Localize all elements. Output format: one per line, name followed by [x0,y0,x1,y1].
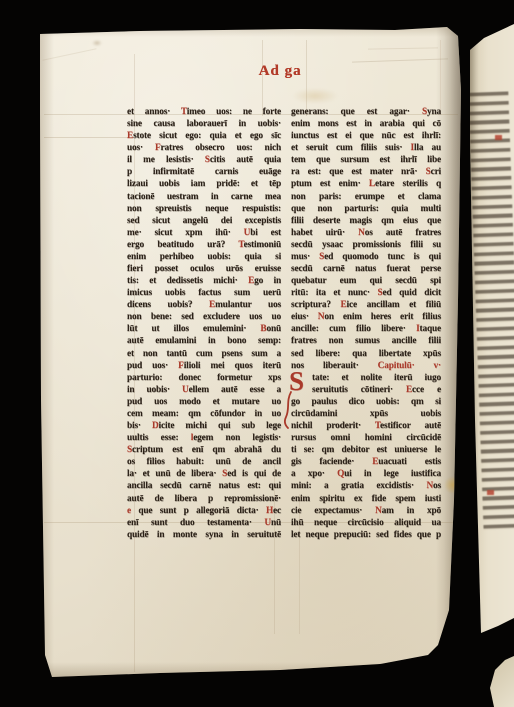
rubricated-text: E [372,457,378,467]
text-line: in uobis· Uellem autē esse a [127,384,281,396]
rubricated-text: S [222,469,227,479]
text-line: ritū: ita et nunc· Sed quid dicit [291,287,441,299]
adjacent-rubric-mark [495,135,502,140]
text-line: enim mons est in arabia qui cō [291,118,441,130]
page-edge-curl [486,652,514,707]
text-line: cem meam: qm cōfundor in uo [127,408,281,420]
rubricated-text: S [127,445,132,455]
text-line: tacionē uestram in carne mea [127,191,281,203]
rubricated-text: e [127,506,131,516]
rubricated-text: N [375,506,382,516]
adjacent-rubric-mark [487,490,494,495]
text-line: scriptura? Eice ancillam et filiū [291,299,441,311]
text-line: ancilla secdū carnē natus est: qui [127,480,281,492]
text-line: il me lesistis· Scitis autē quia [127,154,281,166]
stain [92,40,102,46]
rubricated-text: S [377,288,382,298]
rubricated-text: S [319,252,324,262]
text-line: seruitutis cōtineri· Ecce e [291,384,441,396]
manuscript-page: Ad ga et annos· Timeo uos: ne fortesine … [38,24,466,680]
text-line: imicus uobis factus sum uerū [127,287,281,299]
rubricated-text: U [244,228,251,238]
text-line: ancille: cum filio libere· Itaque [291,323,441,335]
text-line: secdū ysaac promissionis filii su [291,239,441,251]
text-line: fieri posset oculos urōs eruisse [127,263,281,275]
rubricated-text: Q [337,469,344,479]
text-line: quidē in monte syna in seruitutē [127,529,281,541]
text-line: autē emulamini in bono semp: [127,335,281,347]
adjacent-page-text [468,91,514,534]
text-line: pud uos· Filioli mei quos iterū [127,360,281,372]
rubricated-text: E [127,131,133,141]
adjacent-page-edge [464,20,514,640]
rubricated-text: F [155,143,161,153]
text-line: ihū neque circūcisio aliquid ua [291,517,441,529]
text-line: nichil proderit· Testificor autē [291,420,441,432]
text-line: habet uirū· Nos autē fratres [291,227,441,239]
text-line: p infirmitatē carnis euāge [127,166,281,178]
text-line: enim perhibeo uobis: quia si [127,251,281,263]
text-line: go paulus dico uobis: qm si [291,396,441,408]
text-line: gis faciende· Euacuati estis [291,456,441,468]
text-line: pud uos modo et mutare uo [127,396,281,408]
text-line: uos· Fratres obsecro uos: nich [127,142,281,154]
text-line: circūdamini xpūs uobis [291,408,441,420]
rubricated-text: U [182,385,189,395]
parchment-crease [352,58,448,62]
rubricated-text: H [266,506,273,516]
text-line: lizaui uobis iam pridē: et tēp [127,178,281,190]
ruling-line [44,137,132,138]
rubricated-text: N [426,481,433,491]
text-line: rursus omni homini circūcidē [291,432,441,444]
text-line: os filios habuit: unū de ancil [127,456,281,468]
text-line: iunctus est ei que nūc est ihrlī: [291,130,441,142]
text-line: lūt ut illos emulemini· Bonū [127,323,281,335]
stain [292,88,338,104]
text-line: eius· Non enim heres erit filius [291,311,441,323]
text-line: non spreuistis neque respuistis: [127,203,281,215]
text-line: enī sunt duo testamenta· Unū [127,517,281,529]
text-line: et seruit cum filiis suis· Illa au [291,142,441,154]
parchment-crease [42,48,96,60]
text-line: tate: et nolite iterū iugo [291,372,441,384]
text-line: uultis esse: legem non legistis· [127,432,281,444]
chapter-initial: S [289,369,304,393]
text-line: me· sicut xpm ihū· Ubi est [127,227,281,239]
rubricated-text: S [205,155,210,165]
rubricated-text: E [248,276,254,286]
text-line: e que sunt p allegoriā dicta· Hec [127,505,281,517]
text-line: fratres non sumus ancille filii [291,335,441,347]
rubricated-text: T [181,107,187,117]
text-line: tis: et dedissetis michi· Ego in [127,275,281,287]
text-line: bis· Dicite michi qui sub lege [127,420,281,432]
rubricated-text: N [358,228,365,238]
rubricated-text: L [369,179,375,189]
rubricated-text: E [209,300,215,310]
text-line: autē de libera p repromissionē· [127,493,281,505]
rubricated-text: E [406,385,412,395]
rubricated-text: N [318,312,325,322]
text-column-left: et annos· Timeo uos: ne fortesine causa … [127,106,281,541]
text-line: sed libere: qua libertate xpūs [291,348,441,360]
text-line: que non parturis: quia multi [291,203,441,215]
text-line: dicens uobis? Emulantur uos [127,299,281,311]
text-line: ptum est enim· Letare sterilis q [291,178,441,190]
text-line: nos liberauit· Capitulū· v· [291,360,441,372]
rubricated-text: T [238,240,243,250]
rubricated-text: E [340,300,346,310]
text-line: la· et unū de libera· Sed is qui de [127,468,281,480]
rubricated-text: S [422,107,427,117]
rubricated-text: Capitulū· v· [378,361,441,371]
rubricated-text: I [411,143,414,153]
text-line: et annos· Timeo uos: ne forte [127,106,281,118]
text-line: Estote sicut ego: quia et ego sīc [127,130,281,142]
text-line: non paris: erumpe et clama [291,191,441,203]
rubricated-text: T [375,421,380,431]
rubricated-text: S [426,167,431,177]
text-line: et non tantū cum psens sum a [127,348,281,360]
running-title: Ad ga [245,63,315,80]
text-line: sine causa laborauerī in uobis· [127,118,281,130]
text-line: let neque prepuciū: sed fides que p [291,529,441,541]
text-line: enim spiritu ex fide spem iusti [291,493,441,505]
rubricated-text: U [264,518,271,528]
manuscript-photo: Ad ga et annos· Timeo uos: ne fortesine … [0,0,514,707]
rubricated-text: D [152,421,159,431]
text-line: filii deserte magis qm eius que [291,215,441,227]
text-line: cie expectamus· Nam in xpō [291,505,441,517]
ruling-line [440,40,441,114]
text-line: Scriptum est enī qm abrahā du [127,444,281,456]
parchment-crease [368,47,438,49]
text-line: non bene: sed excludere uos uo [127,311,281,323]
text-line: ti se: qm debitor est uniuerse le [291,444,441,456]
text-line: sed sicut angelū dei excepistis [127,215,281,227]
rubricated-text: I [416,324,419,334]
text-line: ergo beatitudo urā? Testimoniū [127,239,281,251]
text-line: a xpo· Qui in lege iustifica [291,468,441,480]
rubricated-text: l [191,433,193,443]
text-column-right: generans: que est agar· Synaenim mons es… [291,106,441,541]
text-line: mus· Sed quomodo tunc is qui [291,251,441,263]
text-line: mini: a gratia excidistis· Nos [291,480,441,492]
text-line: secdū carnē natus fuerat perse [291,263,441,275]
text-line: quebatur eum qui secdū spi [291,275,441,287]
rubricated-text: B [260,324,266,334]
text-line: ra est: que est mater nrā· Scri [291,166,441,178]
text-line: generans: que est agar· Syna [291,106,441,118]
rubricated-text: F [178,361,184,371]
text-line: tem que sursum est ihrlī libe [291,154,441,166]
text-line: parturio: donec formetur xps [127,372,281,384]
